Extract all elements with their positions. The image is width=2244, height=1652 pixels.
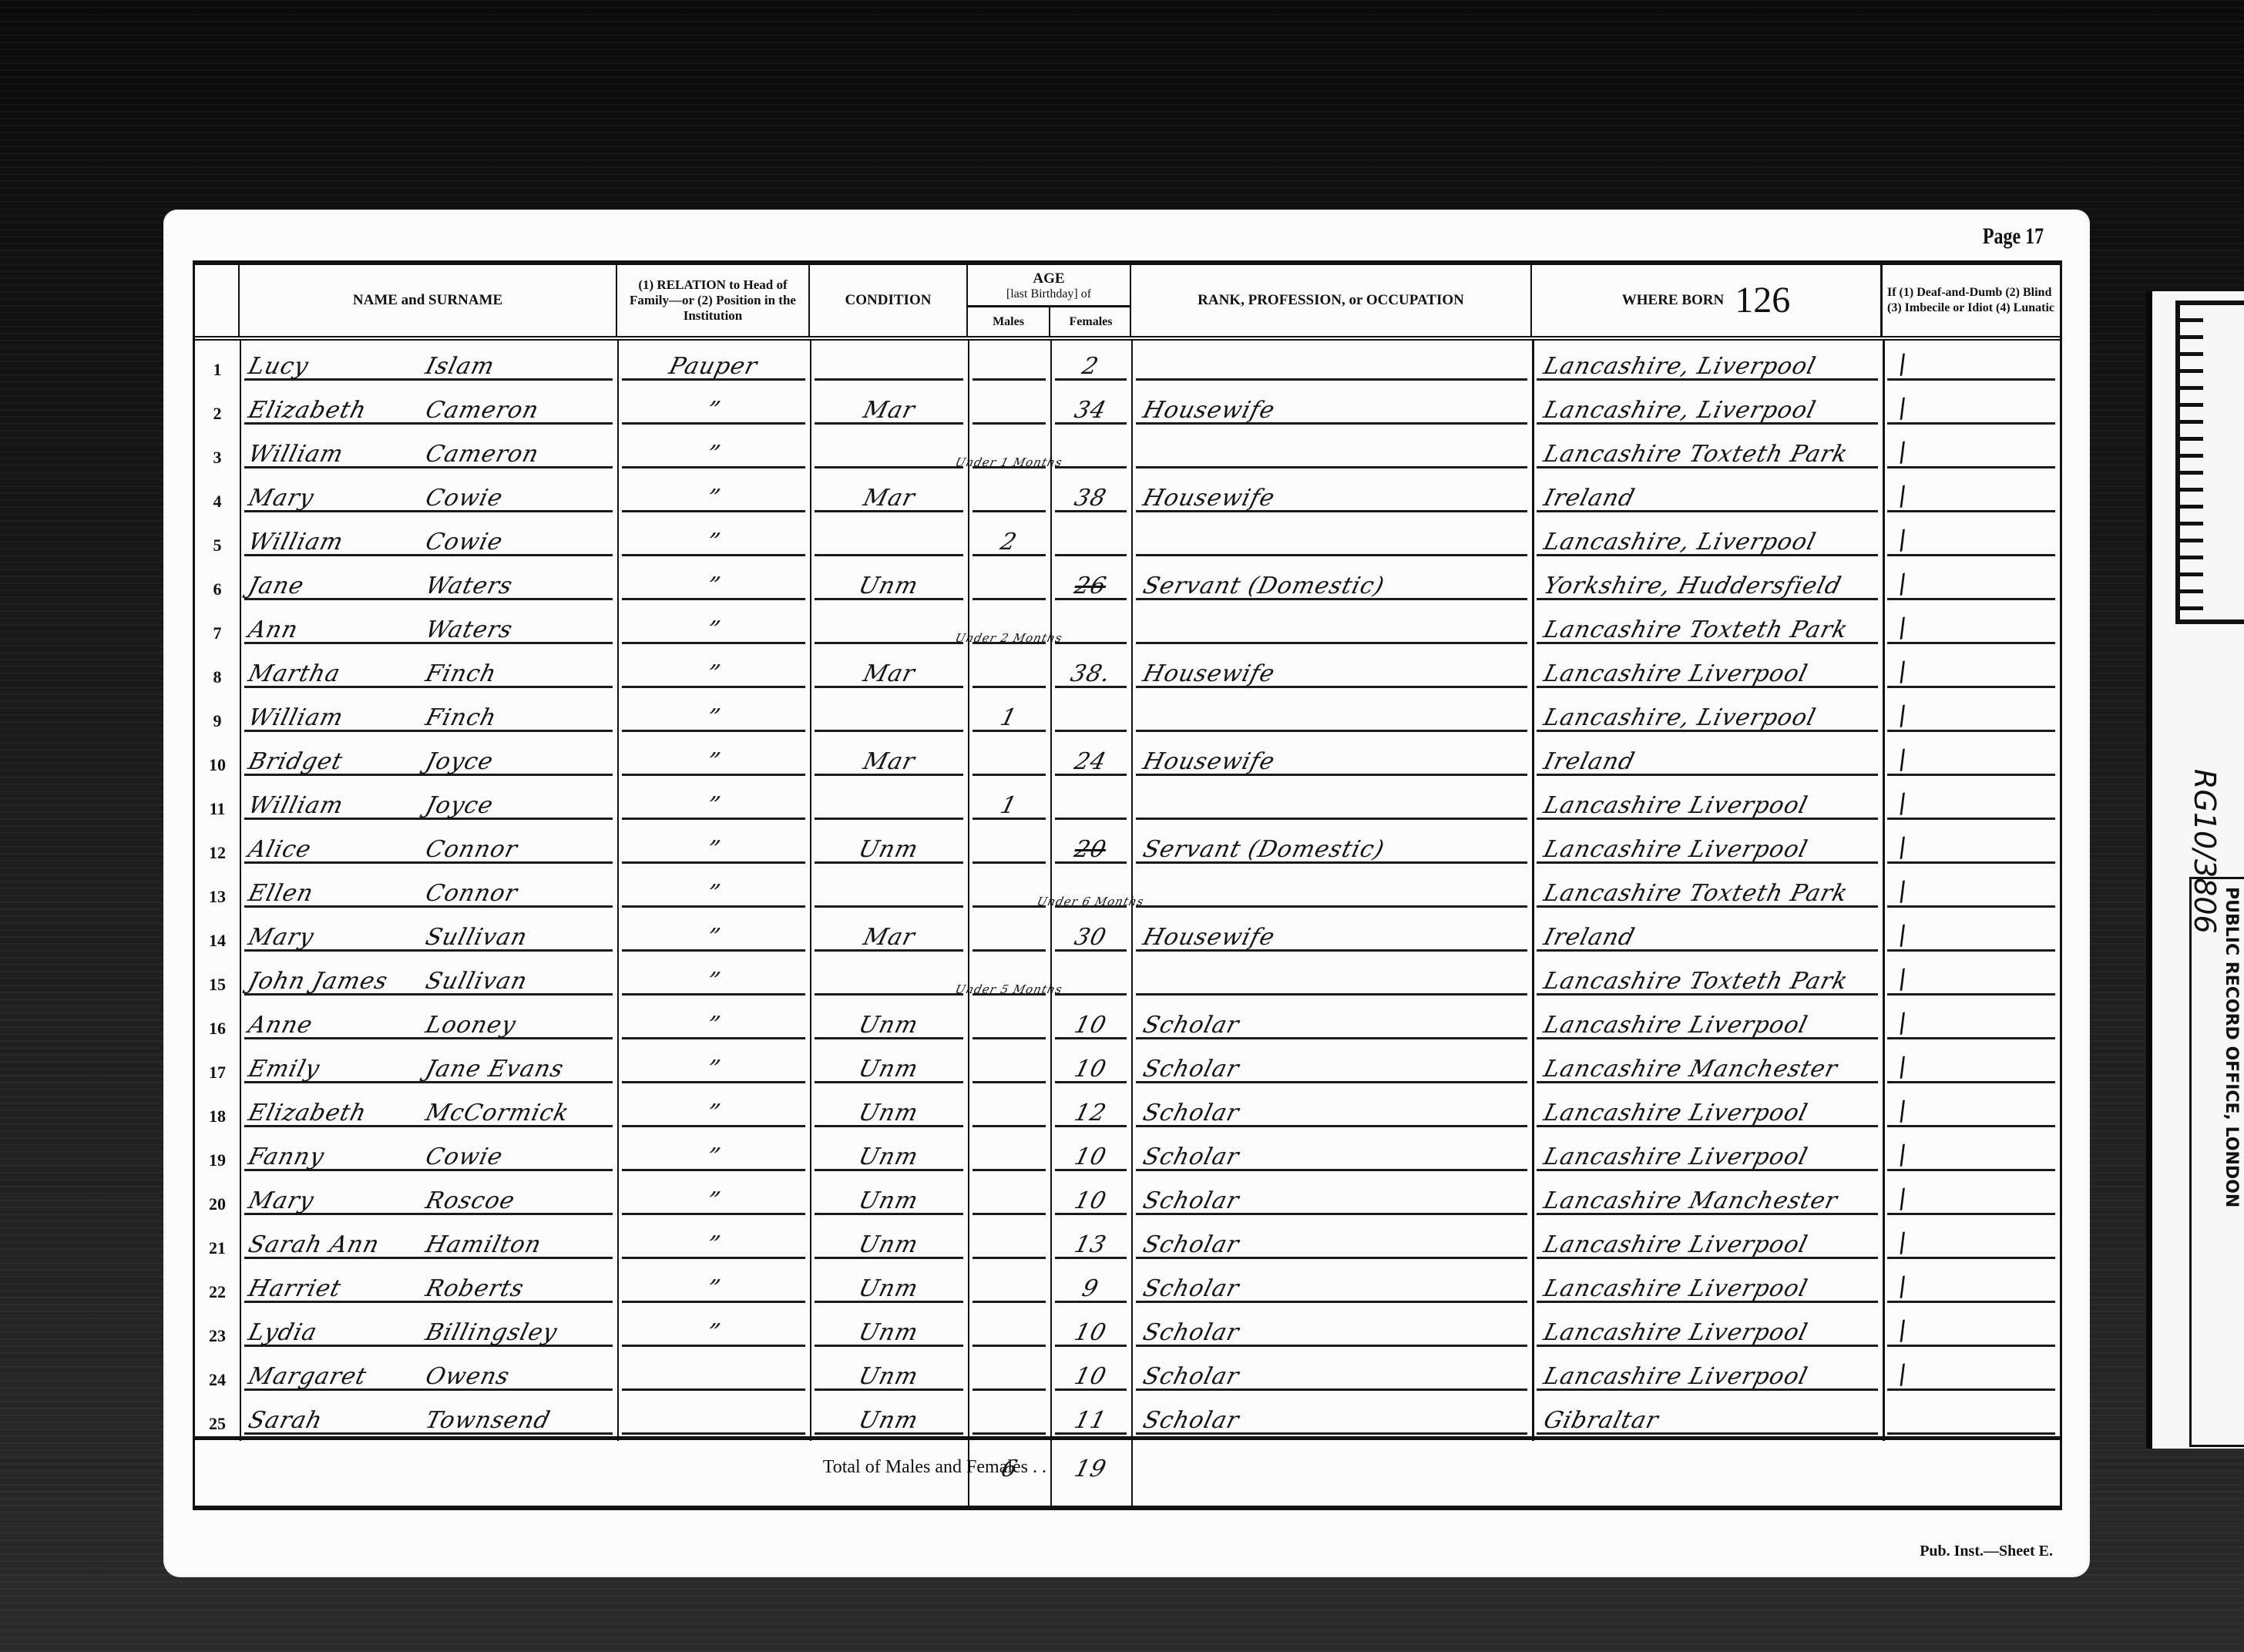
occupation-value: Scholar — [1140, 1407, 1242, 1434]
condition-cell — [810, 341, 968, 384]
relation-cell: ” — [617, 1175, 810, 1219]
male-age-cell — [968, 1307, 1050, 1351]
where-born-cell: Lancashire, Liverpool — [1532, 516, 1883, 560]
row-number-label: 13 — [209, 887, 226, 907]
row-number: 15 — [195, 955, 240, 999]
infirmity-cell: / — [1883, 1043, 2060, 1087]
page-number: Page 17 — [1983, 223, 2044, 250]
row-number-label: 22 — [209, 1282, 226, 1302]
infirmity-cell: / — [1883, 780, 2060, 824]
occupation-cell: Housewife — [1131, 912, 1532, 955]
name-cell: LydiaBillingsley — [240, 1307, 617, 1351]
female-age-value: 13 — [1072, 1231, 1110, 1258]
row-number: 19 — [195, 1131, 240, 1175]
occupation-cell: Scholar — [1131, 1175, 1532, 1219]
relation-value: ” — [704, 1143, 723, 1170]
female-age-value: 30 — [1072, 924, 1110, 951]
surname: Billingsley — [423, 1319, 560, 1346]
first-name: Bridget — [246, 748, 430, 775]
condition-cell — [810, 604, 968, 648]
table-row: 13EllenConnor”Under 6 MonthsLancashire T… — [195, 868, 2060, 912]
female-age-value: 10 — [1072, 1056, 1110, 1083]
infirmity-cell: / — [1883, 824, 2060, 868]
condition-value: Unm — [856, 1275, 922, 1302]
name-cell: Sarah AnnHamilton — [240, 1219, 617, 1263]
first-name: Sarah Ann — [246, 1231, 430, 1258]
female-age-value: 11 — [1072, 1407, 1110, 1434]
infirmity-cell: / — [1883, 428, 2060, 472]
total-females: 19 — [1072, 1456, 1110, 1482]
header-females: Females — [1050, 307, 1131, 336]
row-number-label: 24 — [209, 1370, 226, 1390]
name-cell: EllenConnor — [240, 868, 617, 912]
male-age-value: Under 2 Months — [955, 633, 1064, 643]
surname: Waters — [423, 572, 516, 599]
surname: Roberts — [423, 1275, 527, 1302]
occupation-value: Scholar — [1140, 1319, 1242, 1346]
table-row: 8MarthaFinch”Mar38.HousewifeLancashire L… — [195, 648, 2060, 692]
male-age-cell: 1 — [968, 780, 1050, 824]
where-born-cell: Lancashire Manchester — [1532, 1043, 1883, 1087]
male-age-cell — [968, 1131, 1050, 1175]
check-mark-icon: / — [1896, 919, 1910, 951]
check-mark-icon: / — [1896, 480, 1910, 512]
name-cell: MarthaFinch — [240, 648, 617, 692]
infirmity-cell: / — [1883, 384, 2060, 428]
name-cell: ElizabethMcCormick — [240, 1087, 617, 1131]
relation-value: ” — [704, 1187, 723, 1214]
first-name: Mary — [246, 924, 430, 951]
table-row: 17EmilyJane Evans”Unm10ScholarLancashire… — [195, 1043, 2060, 1087]
surname: Cameron — [423, 441, 542, 468]
check-mark-icon: / — [1896, 1139, 1910, 1170]
occupation-cell — [1131, 955, 1532, 999]
relation-value: ” — [704, 616, 723, 643]
name-cell: ElizabethCameron — [240, 384, 617, 428]
where-born-cell: Lancashire Manchester — [1532, 1175, 1883, 1219]
name-cell: WilliamCowie — [240, 516, 617, 560]
female-age-value: 10 — [1072, 1143, 1110, 1170]
name-cell: MaryRoscoe — [240, 1175, 617, 1219]
column-divider — [810, 341, 811, 1441]
condition-cell — [810, 516, 968, 560]
where-born-cell: Lancashire Liverpool — [1532, 648, 1883, 692]
occupation-cell: Scholar — [1131, 1043, 1532, 1087]
relation-cell: ” — [617, 604, 810, 648]
surname: Finch — [423, 660, 500, 687]
male-age-cell — [968, 1043, 1050, 1087]
infirmity-cell: / — [1883, 604, 2060, 648]
occupation-cell: Housewife — [1131, 384, 1532, 428]
occupation-cell: Scholar — [1131, 1263, 1532, 1307]
row-number-label: 6 — [213, 579, 222, 599]
where-born-value: Lancashire Liverpool — [1541, 1143, 1811, 1170]
name-cell: WilliamFinch — [240, 692, 617, 736]
footer-note: Pub. Inst.—Sheet E. — [1920, 1543, 2053, 1560]
female-age-cell: 12 — [1050, 1087, 1131, 1131]
row-number-label: 4 — [213, 492, 222, 512]
female-age-cell — [1050, 428, 1131, 472]
condition-value: Unm — [856, 572, 922, 599]
row-number: 21 — [195, 1219, 240, 1263]
relation-value: ” — [704, 1056, 723, 1083]
row-number-label: 9 — [213, 711, 222, 731]
female-age-cell: 10 — [1050, 1307, 1131, 1351]
female-age-cell: 10 — [1050, 1131, 1131, 1175]
occupation-cell: Scholar — [1131, 999, 1532, 1043]
table-row: 9WilliamFinch”1Lancashire, Liverpool/ — [195, 692, 2060, 736]
condition-cell: Unm — [810, 999, 968, 1043]
row-number: 4 — [195, 472, 240, 516]
name-cell: JaneWaters — [240, 560, 617, 604]
name-cell: MaryCowie — [240, 472, 617, 516]
condition-value: Mar — [860, 660, 918, 687]
occupation-cell: Servant (Domestic) — [1131, 560, 1532, 604]
female-age-cell: 38 — [1050, 472, 1131, 516]
condition-cell — [810, 780, 968, 824]
table-row: 19FannyCowie”Unm10ScholarLancashire Live… — [195, 1131, 2060, 1175]
occupation-value: Housewife — [1140, 748, 1278, 775]
name-cell: LucyIslam — [240, 341, 617, 384]
condition-cell: Mar — [810, 472, 968, 516]
occupation-cell: Scholar — [1131, 1307, 1532, 1351]
occupation-cell: Scholar — [1131, 1351, 1532, 1395]
male-age-cell — [968, 384, 1050, 428]
row-number: 2 — [195, 384, 240, 428]
relation-value: ” — [704, 1275, 723, 1302]
infirmity-cell: / — [1883, 1351, 2060, 1395]
occupation-value: Scholar — [1140, 1100, 1242, 1127]
female-age-cell — [1050, 780, 1131, 824]
occupation-cell: Scholar — [1131, 1395, 1532, 1439]
male-age-cell — [968, 1351, 1050, 1395]
archive-reference-strip: RG10/3806 ALLY WITHOUT PERMISSION OF THE… — [2146, 291, 2244, 1449]
table-row: 4MaryCowie”Mar38HousewifeIreland/ — [195, 472, 2060, 516]
relation-cell: ” — [617, 1043, 810, 1087]
where-born-value: Lancashire Manchester — [1541, 1056, 1841, 1083]
table-row: 14MarySullivan”Mar30HousewifeIreland/ — [195, 912, 2060, 955]
male-age-cell — [968, 648, 1050, 692]
occupation-cell — [1131, 341, 1532, 384]
header-relation: (1) RELATION to Head of Family—or (2) Po… — [617, 265, 810, 336]
condition-cell: Unm — [810, 824, 968, 868]
total-males-cell: 6 — [968, 1436, 1052, 1501]
table-row: 18ElizabethMcCormick”Unm12ScholarLancash… — [195, 1087, 2060, 1131]
row-number-label: 16 — [209, 1019, 226, 1039]
first-name: Lydia — [246, 1319, 430, 1346]
row-number: 22 — [195, 1263, 240, 1307]
where-born-value: Lancashire Liverpool — [1541, 792, 1811, 819]
first-name: Ann — [246, 616, 430, 643]
row-number-label: 10 — [209, 755, 226, 775]
row-number-label: 25 — [209, 1414, 226, 1434]
occupation-cell: Scholar — [1131, 1131, 1532, 1175]
row-number-label: 21 — [209, 1238, 226, 1258]
check-mark-icon: / — [1896, 963, 1910, 995]
female-age-cell: 10 — [1050, 999, 1131, 1043]
row-number: 18 — [195, 1087, 240, 1131]
where-born-value: Lancashire Liverpool — [1541, 1012, 1811, 1039]
male-age-cell — [968, 912, 1050, 955]
check-mark-icon: / — [1896, 875, 1910, 907]
female-age-cell: 20 — [1050, 824, 1131, 868]
where-born-cell: Lancashire Liverpool — [1532, 1351, 1883, 1395]
first-name: Ellen — [246, 880, 430, 907]
where-born-value: Lancashire Liverpool — [1541, 1100, 1811, 1127]
table-row: 12AliceConnor”Unm20Servant (Domestic)Lan… — [195, 824, 2060, 868]
condition-cell: Unm — [810, 1351, 968, 1395]
check-mark-icon: / — [1896, 1271, 1910, 1302]
table-row: 22HarrietRoberts”Unm9ScholarLancashire L… — [195, 1263, 2060, 1307]
female-age-value: 24 — [1072, 748, 1110, 775]
male-age-cell: 1 — [968, 692, 1050, 736]
first-name: Alice — [246, 836, 430, 863]
surname: Waters — [423, 616, 516, 643]
female-age-value: 10 — [1072, 1319, 1110, 1346]
scale-ruler — [2175, 301, 2244, 624]
row-number: 14 — [195, 912, 240, 955]
condition-cell: Mar — [810, 736, 968, 780]
table-row: 3WilliamCameron”Under 1 MonthsLancashire… — [195, 428, 2060, 472]
surname: Cowie — [423, 529, 506, 556]
surname: Cameron — [423, 397, 542, 424]
occupation-cell: Servant (Domestic) — [1131, 824, 1532, 868]
schedule-number: 126 — [1735, 293, 1790, 308]
row-number-label: 18 — [209, 1106, 226, 1127]
relation-cell: ” — [617, 912, 810, 955]
male-age-cell — [968, 472, 1050, 516]
check-mark-icon: / — [1896, 1051, 1910, 1083]
occupation-value: Housewife — [1140, 485, 1278, 512]
column-divider — [617, 341, 619, 1441]
first-name: Elizabeth — [246, 1100, 430, 1127]
where-born-value: Ireland — [1541, 748, 1638, 775]
relation-cell: ” — [617, 692, 810, 736]
where-born-value: Ireland — [1541, 485, 1638, 512]
female-age-cell: 9 — [1050, 1263, 1131, 1307]
occupation-cell: Scholar — [1131, 1219, 1532, 1263]
relation-cell: ” — [617, 384, 810, 428]
female-age-cell: 26 — [1050, 560, 1131, 604]
row-number: 3 — [195, 428, 240, 472]
relation-cell: Pauper — [617, 341, 810, 384]
where-born-value: Lancashire Toxteth Park — [1541, 968, 1851, 995]
surname: Joyce — [423, 748, 496, 775]
male-age-cell — [968, 824, 1050, 868]
row-number-label: 8 — [213, 667, 222, 687]
header-males: Males — [968, 307, 1050, 336]
male-age-value: 1 — [998, 704, 1020, 731]
occupation-value: Scholar — [1140, 1143, 1242, 1170]
name-cell: HarrietRoberts — [240, 1263, 617, 1307]
first-name: Fanny — [246, 1143, 430, 1170]
where-born-cell: Gibraltar — [1532, 1395, 1883, 1439]
infirmity-cell: / — [1883, 1131, 2060, 1175]
occupation-cell: Housewife — [1131, 736, 1532, 780]
relation-cell: ” — [617, 472, 810, 516]
row-number-label: 23 — [209, 1326, 226, 1346]
female-age-cell: 2 — [1050, 341, 1131, 384]
copyright-stamp: ALLY WITHOUT PERMISSION OF THE PUBLIC RE… — [2189, 877, 2244, 1447]
relation-value: ” — [704, 748, 723, 775]
female-age-cell: 13 — [1050, 1219, 1131, 1263]
column-divider — [968, 341, 969, 1506]
where-born-value: Lancashire Liverpool — [1541, 836, 1811, 863]
occupation-cell — [1131, 692, 1532, 736]
female-age-cell: 10 — [1050, 1351, 1131, 1395]
check-mark-icon: / — [1896, 700, 1910, 731]
male-age-value: Under 1 Months — [955, 457, 1064, 468]
relation-cell: ” — [617, 868, 810, 912]
occupation-value: Scholar — [1140, 1231, 1242, 1258]
first-name: Mary — [246, 1187, 430, 1214]
male-age-cell — [968, 999, 1050, 1043]
condition-cell: Unm — [810, 1263, 968, 1307]
row-number: 9 — [195, 692, 240, 736]
surname: Looney — [423, 1012, 519, 1039]
condition-value: Unm — [856, 1231, 922, 1258]
occupation-cell — [1131, 780, 1532, 824]
relation-cell: ” — [617, 1087, 810, 1131]
occupation-value: Servant (Domestic) — [1140, 836, 1388, 863]
table-row: 7AnnWaters”Under 2 MonthsLancashire Toxt… — [195, 604, 2060, 648]
column-divider — [1131, 341, 1133, 1506]
name-cell: BridgetJoyce — [240, 736, 617, 780]
relation-value: ” — [704, 1231, 723, 1258]
condition-value: Unm — [856, 1056, 922, 1083]
column-divider — [1883, 341, 1885, 1441]
female-age-cell: 10 — [1050, 1175, 1131, 1219]
where-born-value: Ireland — [1541, 924, 1638, 951]
where-born-cell: Lancashire Liverpool — [1532, 1131, 1883, 1175]
female-age-cell: Under 6 Months — [1050, 868, 1131, 912]
where-born-cell: Lancashire Toxteth Park — [1532, 868, 1883, 912]
where-born-cell: Lancashire Toxteth Park — [1532, 955, 1883, 999]
where-born-value: Lancashire Toxteth Park — [1541, 616, 1851, 643]
condition-cell: Unm — [810, 560, 968, 604]
male-age-cell: Under 5 Months — [968, 955, 1050, 999]
male-age-value: Under 5 Months — [955, 984, 1064, 995]
occupation-value: Housewife — [1140, 660, 1278, 687]
surname: Jane Evans — [423, 1056, 567, 1083]
table-row: 6JaneWaters”Unm26Servant (Domestic)Yorks… — [195, 560, 2060, 604]
condition-value: Unm — [856, 1363, 922, 1390]
first-name: Margaret — [246, 1363, 430, 1390]
female-age-value: Under 6 Months — [1036, 896, 1146, 907]
where-born-cell: Lancashire Toxteth Park — [1532, 604, 1883, 648]
table-row: 23LydiaBillingsley”Unm10ScholarLancashir… — [195, 1307, 2060, 1351]
female-age-cell — [1050, 604, 1131, 648]
relation-value: ” — [704, 529, 723, 556]
check-mark-icon: / — [1896, 612, 1910, 643]
condition-value: Unm — [856, 1143, 922, 1170]
row-number-label: 20 — [209, 1194, 226, 1214]
header-name: NAME and SURNAME — [240, 265, 617, 336]
row-number: 1 — [195, 341, 240, 384]
female-age-value: 10 — [1072, 1012, 1110, 1039]
check-mark-icon: / — [1896, 1358, 1910, 1390]
row-number-label: 15 — [209, 975, 226, 995]
relation-value: ” — [704, 1012, 723, 1039]
column-divider — [240, 341, 241, 1441]
male-age-cell — [968, 560, 1050, 604]
condition-value: Unm — [856, 1407, 922, 1434]
where-born-cell: Lancashire Liverpool — [1532, 1263, 1883, 1307]
male-age-cell: Under 1 Months — [968, 428, 1050, 472]
name-cell: MargaretOwens — [240, 1351, 617, 1395]
occupation-cell — [1131, 428, 1532, 472]
female-age-value: 38. — [1068, 660, 1114, 687]
total-males: 6 — [999, 1456, 1021, 1482]
row-number-label: 14 — [209, 931, 226, 951]
female-age-value: 2 — [1080, 353, 1102, 380]
row-number: 23 — [195, 1307, 240, 1351]
male-age-value: 2 — [998, 529, 1020, 556]
first-name: William — [246, 441, 430, 468]
condition-cell — [810, 428, 968, 472]
female-age-cell: 24 — [1050, 736, 1131, 780]
row-number: 24 — [195, 1351, 240, 1395]
total-row: Total of Males and Females . . 6 19 — [195, 1436, 2060, 1505]
name-cell: FannyCowie — [240, 1131, 617, 1175]
surname: Joyce — [423, 792, 496, 819]
occupation-value: Scholar — [1140, 1275, 1242, 1302]
female-age-cell: 30 — [1050, 912, 1131, 955]
where-born-value: Lancashire Toxteth Park — [1541, 880, 1851, 907]
infirmity-cell: / — [1883, 1175, 2060, 1219]
condition-cell — [810, 868, 968, 912]
where-born-cell: Lancashire Liverpool — [1532, 824, 1883, 868]
infirmity-cell: / — [1883, 1263, 2060, 1307]
male-age-cell — [968, 1395, 1050, 1439]
name-cell: SarahTownsend — [240, 1395, 617, 1439]
female-age-cell — [1050, 692, 1131, 736]
where-born-value: Lancashire, Liverpool — [1541, 397, 1819, 424]
male-age-value: 1 — [998, 792, 1020, 819]
relation-cell: ” — [617, 1131, 810, 1175]
total-females-cell: 19 — [1050, 1436, 1133, 1501]
row-number: 6 — [195, 560, 240, 604]
where-born-value: Lancashire, Liverpool — [1541, 704, 1819, 731]
table-row: 21Sarah AnnHamilton”Unm13ScholarLancashi… — [195, 1219, 2060, 1263]
female-age-cell: 38. — [1050, 648, 1131, 692]
census-page: Page 17 NAME and SURNAME (1) RELATION to… — [163, 210, 2090, 1577]
surname: Cowie — [423, 1143, 506, 1170]
infirmity-cell — [1883, 1395, 2060, 1439]
check-mark-icon: / — [1896, 348, 1910, 380]
relation-cell: ” — [617, 999, 810, 1043]
female-age-cell: 10 — [1050, 1043, 1131, 1087]
female-age-value: 10 — [1072, 1187, 1110, 1214]
infirmity-cell: / — [1883, 648, 2060, 692]
male-age-cell — [968, 1087, 1050, 1131]
where-born-cell: Lancashire, Liverpool — [1532, 341, 1883, 384]
where-born-cell: Lancashire, Liverpool — [1532, 692, 1883, 736]
female-age-cell: 11 — [1050, 1395, 1131, 1439]
surname: Islam — [423, 353, 498, 380]
occupation-value: Housewife — [1140, 924, 1278, 951]
where-born-cell: Lancashire Liverpool — [1532, 1219, 1883, 1263]
surname: Owens — [423, 1363, 512, 1390]
condition-cell: Unm — [810, 1307, 968, 1351]
where-born-value: Lancashire, Liverpool — [1541, 353, 1819, 380]
row-number: 8 — [195, 648, 240, 692]
check-mark-icon: / — [1896, 1007, 1910, 1039]
where-born-cell: Yorkshire, Huddersfield — [1532, 560, 1883, 604]
where-born-value: Lancashire Liverpool — [1541, 1319, 1811, 1346]
where-born-value: Lancashire Liverpool — [1541, 1275, 1811, 1302]
relation-cell: ” — [617, 516, 810, 560]
